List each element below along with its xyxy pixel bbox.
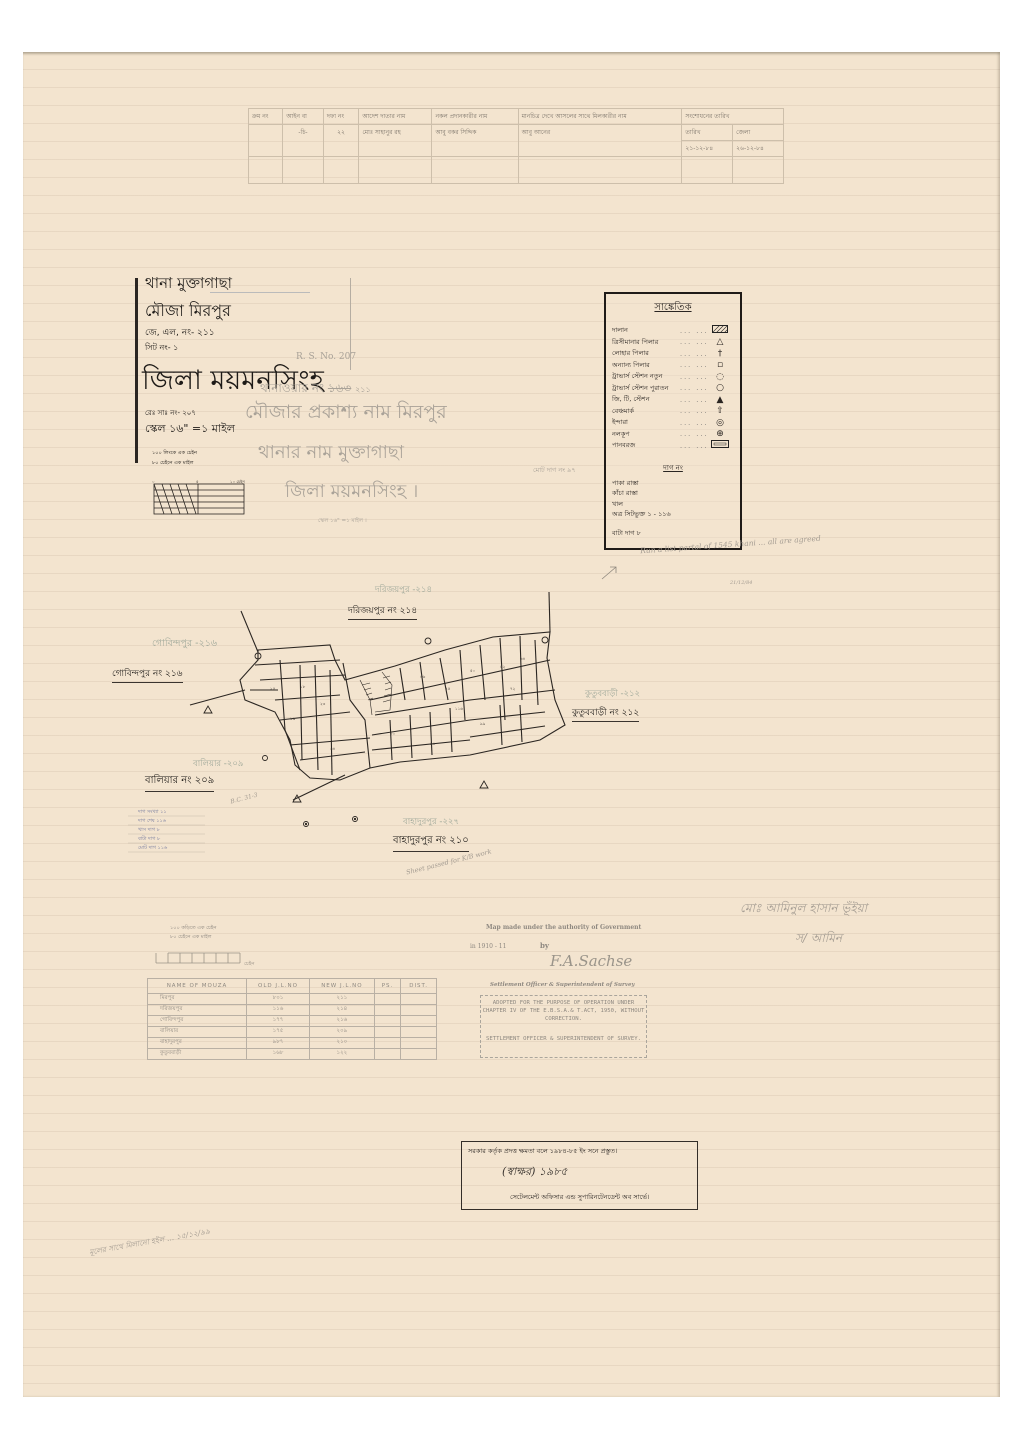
svg-text:৯৪: ৯৪	[430, 741, 436, 746]
svg-text:১১৬: ১১৬	[455, 706, 463, 711]
svg-text:৫০: ৫০	[470, 668, 476, 673]
table-row: গোবিন্দপুর১৭৭২১৬	[148, 1016, 437, 1027]
handwritten-signature-name: মোঃ আমিনুল হাসান ভূঁইয়া	[740, 900, 867, 920]
table-row: বালিয়ার১৭৫২০৯	[148, 1027, 437, 1038]
table-row: বাহাদুরপুর৯৮৭২১০	[148, 1038, 437, 1049]
handwritten-signature-title: স/ আমিন	[795, 930, 842, 950]
adjoining-mouza-baliyar: বালিয়ার নং ২০৯	[145, 773, 214, 792]
adjoining-faint-label: বাহাদুরপুর -২২৭	[403, 815, 459, 829]
plot-summary-note: দাগ সংখ্যা ১১ দাগ শেষ ১১৬ খাস দাগ ৮ বাটা…	[138, 808, 167, 853]
mouza-map-drawing: ১৮২৩১৯ ৪৬৪৫৫০ ৫২৬৪৮০ ৯৪৯৯৩৪ ২৫১১৬৭২	[0, 0, 1024, 1449]
adjoining-mouza-kutubbari: কুতুববাড়ী নং ২১২	[572, 705, 639, 722]
table-row: মিরপুর৮০১২১১	[148, 994, 437, 1005]
preparation-statement: সরকার কর্তৃক প্রদত্ত ক্ষমতা বলে ১৯৮৪-৮৫ …	[462, 1142, 697, 1157]
authority-officer-title: Settlement Officer & Superintendent of S…	[490, 982, 635, 988]
mouza-scale-bar: চেইন	[150, 947, 260, 969]
svg-text:৮০: ৮০	[390, 731, 396, 736]
authority-by: by	[540, 941, 549, 950]
adjoining-faint-label: বালিয়ার -২০৯	[193, 757, 243, 771]
adjoining-mouza-gobindapur: গোবিন্দপুর নং ২১৬	[112, 666, 183, 683]
authority-statement: Map made under the authority of Governme…	[486, 924, 641, 931]
svg-text:৪৬: ৪৬	[420, 674, 426, 679]
adoption-stamp: ADOPTED FOR THE PURPOSE OF OPERATION UND…	[480, 995, 647, 1058]
adjoining-faint-label: কুতুববাড়ী -২১২	[585, 687, 640, 701]
adjoining-mouza-dorijoypur: দরিজয়পুর নং ২১৪	[348, 603, 417, 620]
preparation-signature: (স্বাক্ষর) ১৯৮৫	[462, 1157, 697, 1182]
preparation-officer: সেটেলমেন্ট অফিসার এন্ড সুপারিনটেনডেন্ট অ…	[462, 1182, 697, 1203]
svg-text:চেইন: চেইন	[244, 961, 255, 967]
svg-text:৯৯: ৯৯	[480, 721, 486, 726]
table-row: দরিজয়পুর১১৬২১৪	[148, 1005, 437, 1016]
adjoining-mouza-bahadurpur: বাহাদুরপুর নং ২১০	[393, 833, 469, 852]
mouza-jl-table: NAME OF MOUZA OLD J.L.NO NEW J.L.NO PS. …	[147, 978, 437, 1060]
adjoining-faint-label: গোবিন্দপুর -২১৬	[152, 637, 217, 652]
svg-text:১৯: ১৯	[290, 716, 296, 721]
svg-text:৫২: ৫২	[500, 664, 506, 669]
authority-signature: F.A.Sachse	[550, 952, 632, 970]
svg-text:২৫: ২৫	[270, 686, 276, 691]
mouza-scale-note-1: ১০০ কড়িতে এক চেইন	[170, 925, 216, 933]
svg-text:৩৪: ৩৪	[330, 746, 336, 751]
svg-text:২৩: ২৩	[320, 701, 326, 706]
svg-text:৭২: ৭২	[510, 686, 516, 691]
authority-year: in 1910 - 11	[470, 943, 506, 950]
preparation-box: সরকার কর্তৃক প্রদত্ত ক্ষমতা বলে ১৯৮৪-৮৫ …	[461, 1141, 698, 1210]
adjoining-faint-label: দরিজয়পুর -২১৪	[375, 583, 432, 597]
svg-text:৪৫: ৪৫	[445, 686, 451, 691]
table-row: কুতুববাড়ী১৬৮১২২	[148, 1049, 437, 1060]
svg-text:৬৪: ৬৪	[520, 656, 526, 661]
mouza-scale-note-2: ৮০ চেইনে এক মাইল	[170, 934, 211, 942]
svg-text:১৮: ১৮	[300, 684, 306, 689]
